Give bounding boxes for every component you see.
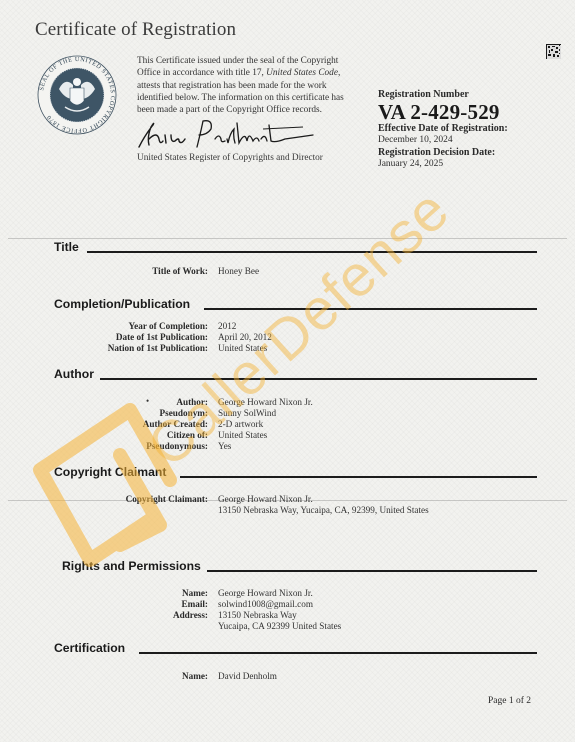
field-label: Citizen of: — [167, 430, 208, 441]
field-value: Yucaipa, CA 92399 United States — [218, 621, 341, 632]
copyright-office-seal-icon: SEAL OF THE UNITED STATES COPYRIGHT OFFI… — [37, 55, 117, 135]
field-label: Date of 1st Publication: — [116, 332, 208, 343]
field-value: George Howard Nixon Jr. — [218, 588, 313, 599]
section-heading: Rights and Permissions — [62, 559, 201, 573]
field-label: Pseudonymous: — [146, 441, 208, 452]
section-author: Author — [54, 367, 537, 381]
section-certification: Certification — [54, 641, 537, 655]
registration-info: Registration Number VA 2-429-529 Effecti… — [378, 89, 508, 170]
field-label: Copyright Claimant: — [126, 494, 208, 505]
section-rule — [204, 308, 537, 310]
section-heading: Completion/Publication — [54, 297, 190, 311]
certificate-intro-text: This Certificate issued under the seal o… — [137, 55, 362, 116]
field-value: 13150 Nebraska Way, Yucaipa, CA, 92399, … — [218, 505, 429, 516]
field-value: 2012 — [218, 321, 236, 332]
section-rule — [87, 251, 537, 253]
section-heading: Certification — [54, 641, 125, 655]
section-title: Title — [54, 240, 537, 254]
registration-number: VA 2-429-529 — [378, 101, 508, 123]
register-signature — [135, 117, 330, 153]
author-bullet: • — [146, 396, 149, 406]
datamatrix-code-icon — [546, 44, 561, 59]
field-label: Author: — [176, 397, 208, 408]
page-number: Page 1 of 2 — [488, 696, 531, 706]
field-label: Name: — [182, 588, 208, 599]
section-heading: Author — [54, 367, 94, 381]
section-heading: Copyright Claimant — [54, 465, 166, 479]
field-value: April 20, 2012 — [218, 332, 272, 343]
field-value: Yes — [218, 441, 231, 452]
field-value: George Howard Nixon Jr. — [218, 494, 313, 505]
field-label: Nation of 1st Publication: — [108, 343, 208, 354]
field-value: Honey Bee — [218, 266, 259, 277]
decision-date: January 24, 2025 — [378, 159, 508, 171]
section-rule — [180, 476, 537, 478]
section-rule — [139, 652, 537, 654]
section-rule — [207, 570, 537, 572]
field-value: David Denholm — [218, 671, 277, 682]
field-value: United States — [218, 430, 267, 441]
field-value: 13150 Nebraska Way — [218, 610, 297, 621]
register-title: United States Register of Copyrights and… — [137, 153, 323, 163]
field-label: Title of Work: — [152, 266, 208, 277]
field-label: Email: — [181, 599, 208, 610]
field-value: United States — [218, 343, 267, 354]
section-claimant: Copyright Claimant — [54, 465, 537, 479]
fold-line — [8, 238, 567, 239]
certificate-title: Certificate of Registration — [35, 19, 236, 41]
field-value: Sunny SolWind — [218, 408, 276, 419]
effective-date: December 10, 2024 — [378, 135, 508, 147]
section-heading: Title — [54, 240, 79, 254]
field-value: George Howard Nixon Jr. — [218, 397, 313, 408]
section-rule — [100, 378, 537, 380]
section-completion: Completion/Publication — [54, 297, 537, 311]
field-value: solwind1008@gmail.com — [218, 599, 313, 610]
field-label: Name: — [182, 671, 208, 682]
effective-date-label: Effective Date of Registration: — [378, 123, 508, 135]
decision-date-label: Registration Decision Date: — [378, 147, 508, 159]
field-label: Pseudonym: — [160, 408, 209, 419]
field-value: 2-D artwork — [218, 419, 263, 430]
field-label: Author Created: — [143, 419, 208, 430]
section-rights: Rights and Permissions — [62, 559, 537, 573]
field-label: Address: — [173, 610, 208, 621]
field-label: Year of Completion: — [129, 321, 208, 332]
